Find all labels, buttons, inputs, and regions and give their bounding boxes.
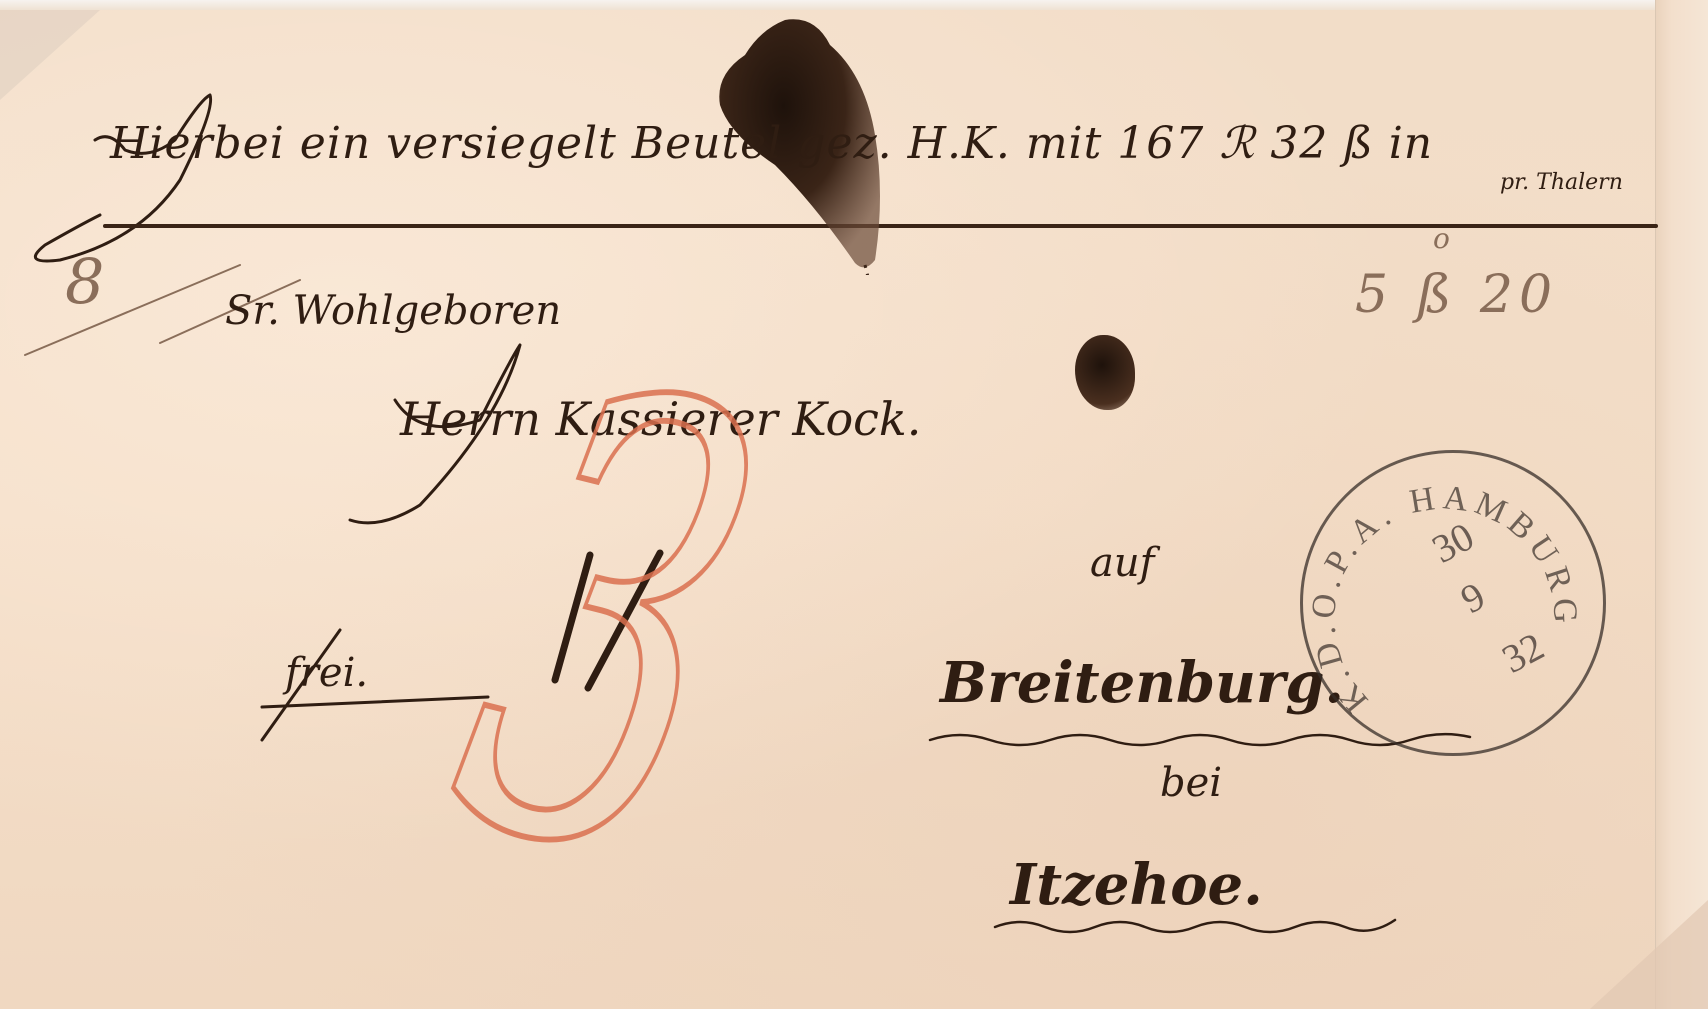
pencil-mark-right-super: o [1433, 222, 1450, 255]
pencil-mark-right: 5 ß 20 [1355, 265, 1558, 325]
top-note-line1: Hierbei ein versiegelt Beutel gez. H.K. … [110, 118, 1433, 169]
address-preposition: auf [1090, 540, 1154, 586]
postmark-circle: K.D.O.P.A. HAMBURG 30 9 32 [1300, 450, 1606, 756]
envelope-cover: Hierbei ein versiegelt Beutel gez. H.K. … [0, 0, 1708, 1009]
address-connector: bei [1160, 760, 1222, 806]
frei-marking: frei. [285, 650, 368, 696]
address-salutation: Sr. Wohlgeboren [225, 288, 561, 334]
town-wavy-underline [990, 912, 1410, 942]
address-town: Itzehoe. [1010, 852, 1263, 918]
pencil-mark-left: 8 [65, 245, 104, 318]
address-place: Breitenburg. [940, 650, 1344, 716]
ink-spot [1075, 335, 1135, 410]
top-note-line2: pr. Thalern [1500, 170, 1623, 195]
